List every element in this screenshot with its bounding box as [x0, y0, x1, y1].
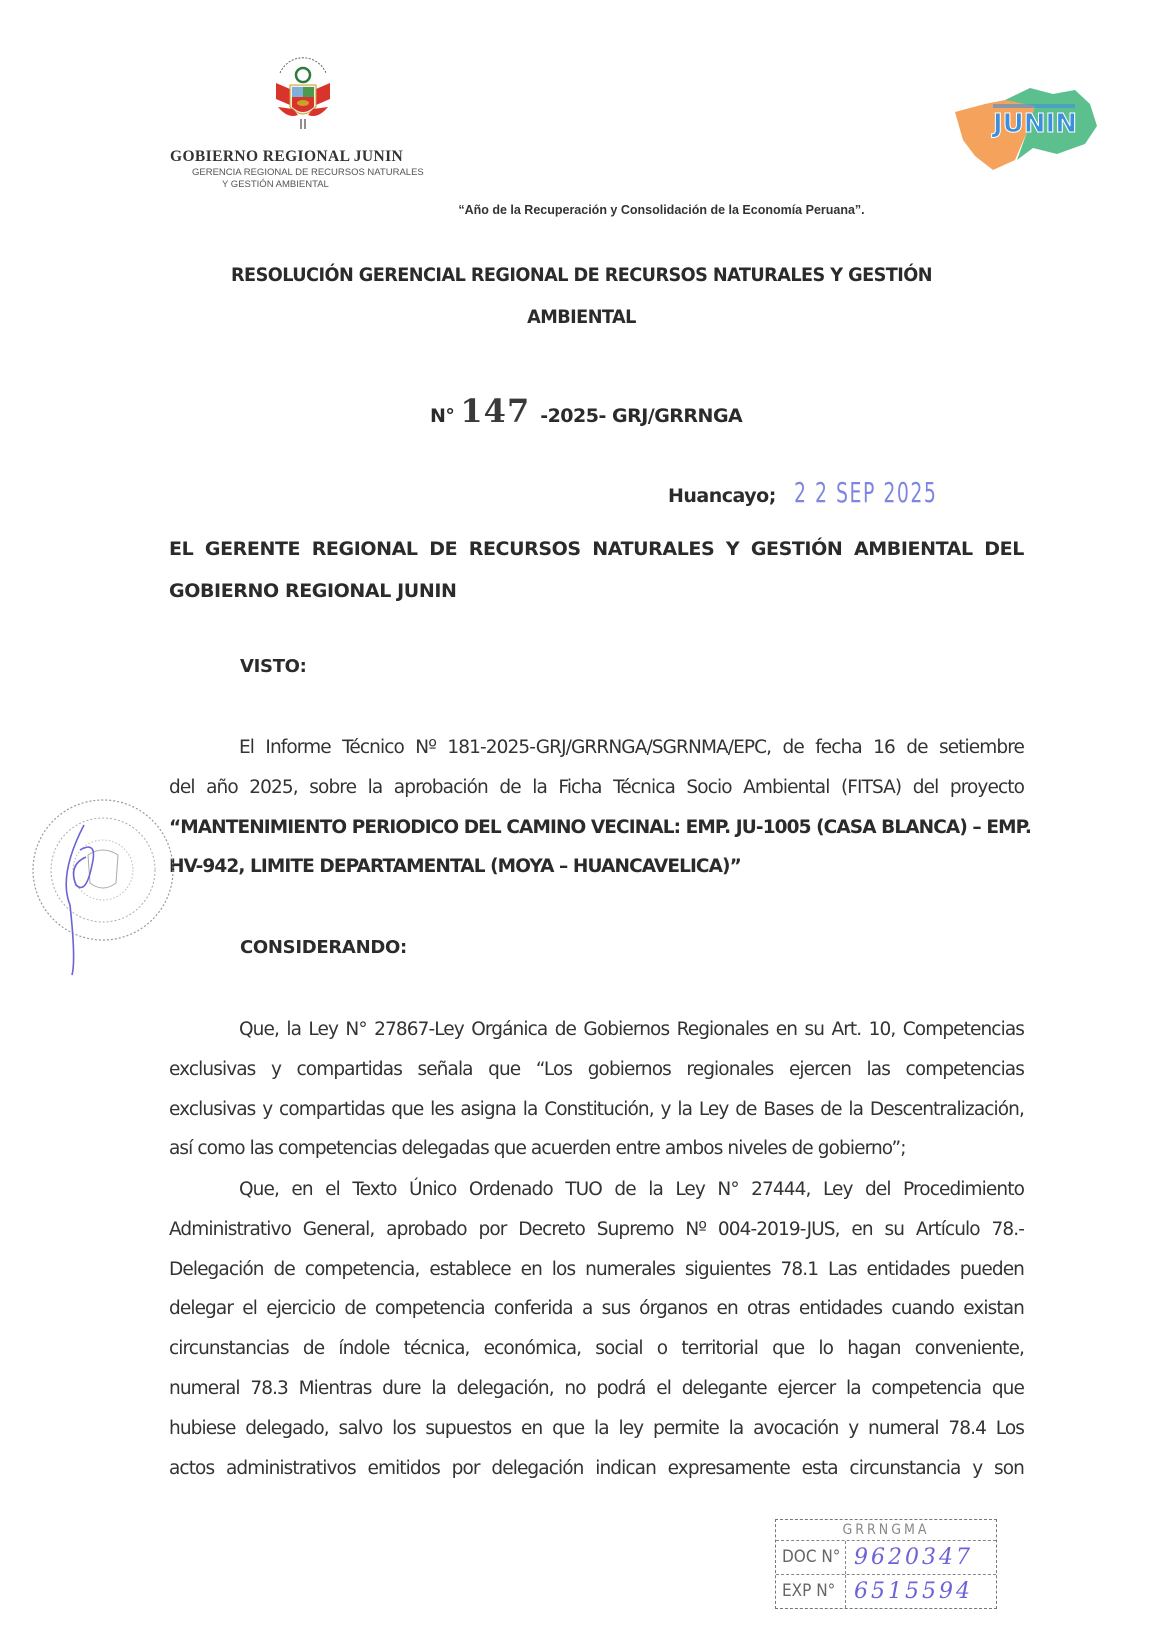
document-title-line1: RESOLUCIÓN GERENCIAL REGIONAL DE RECURSO… [41, 264, 1123, 286]
paragraph-line: numeral 78.3 Mientras dure la delegación… [169, 1369, 1024, 1409]
org-subtitle-line2: Y GESTIÓN AMBIENTAL [222, 179, 329, 190]
paragraph-line: exclusivas y compartidas señala que “Los… [169, 1050, 1024, 1090]
paragraph-line: Que, la Ley N° 27867-Ley Orgánica de Gob… [169, 1010, 1024, 1050]
resolution-number-stamped: 147 [460, 392, 530, 430]
junin-region-logo: JUNIN [945, 82, 1100, 174]
date-stamp: 2 2 SEP 2025 [794, 476, 937, 509]
org-subtitle-line1: GERENCIA REGIONAL DE RECURSOS NATURALES [192, 167, 424, 178]
issuer-heading: ELGERENTEREGIONALDERECURSOSNATURALESYGES… [169, 528, 1024, 612]
svg-text:JUNIN: JUNIN [991, 109, 1077, 139]
paragraph-line: hubiese delegado, salvo los supuestos en… [169, 1409, 1024, 1449]
paragraph-line: circunstancias de índole técnica, económ… [169, 1329, 1024, 1369]
issuer-word: RECURSOS [469, 528, 581, 570]
visto-line-project: HV-942, LIMITE DEPARTAMENTAL (MOYA – HUA… [169, 847, 1024, 887]
issuer-word: DEL [984, 528, 1024, 570]
considerando-paragraph-2: Que, en el Texto Único Ordenado TUO de l… [169, 1170, 1024, 1488]
year-motto: “Año de la Recuperación y Consolidación … [0, 203, 1163, 217]
paragraph-line: así como las competencias delegadas que … [169, 1129, 1024, 1169]
place: Huancayo; [668, 485, 776, 507]
registry-doc-row: DOC N° 9620347 [776, 1541, 996, 1575]
issuer-word: GESTIÓN [751, 528, 843, 570]
visto-paragraph: El Informe Técnico Nº 181-2025-GRJ/GRRNG… [169, 728, 1024, 887]
considerando-heading: CONSIDERANDO: [240, 937, 407, 958]
issuer-word: REGIONAL [312, 528, 418, 570]
paragraph-line: Que, en el Texto Único Ordenado TUO de l… [169, 1170, 1024, 1210]
peru-coat-of-arms-icon [268, 55, 338, 137]
considerando-paragraph-1: Que, la Ley N° 27867-Ley Orgánica de Gob… [169, 1010, 1024, 1169]
place-and-date: Huancayo; 2 2 SEP 2025 [668, 476, 985, 509]
resolution-number: N° 147 -2025- GRJ/GRRNGA [430, 392, 742, 430]
paragraph-line: delegar el ejercicio de competencia conf… [169, 1289, 1024, 1329]
issuer-word: GERENTE [205, 528, 300, 570]
paragraph-line: actos administrativos emitidos por deleg… [169, 1449, 1024, 1489]
registry-stamp: GRRNGMA DOC N° 9620347 EXP N° 6515594 [775, 1519, 997, 1609]
doc-number-label: DOC N° [776, 1541, 846, 1574]
paragraph-line: exclusivas y compartidas que les asigna … [169, 1090, 1024, 1130]
registry-stamp-header: GRRNGMA [776, 1520, 996, 1541]
visto-heading: VISTO: [240, 656, 307, 677]
exp-number-value: 6515594 [846, 1575, 996, 1608]
registry-exp-row: EXP N° 6515594 [776, 1575, 996, 1608]
org-name: GOBIERNO REGIONAL JUNIN [170, 148, 403, 166]
issuer-word: AMBIENTAL [854, 528, 973, 570]
visto-line-project: “MANTENIMIENTO PERIODICO DEL CAMINO VECI… [169, 808, 1024, 848]
visto-line: El Informe Técnico Nº 181-2025-GRJ/GRRNG… [169, 728, 1024, 768]
issuer-word: Y [726, 528, 739, 570]
paragraph-line: Administrativo General, aprobado por Dec… [169, 1210, 1024, 1250]
exp-number-label: EXP N° [776, 1575, 846, 1608]
issuer-word: EL [169, 528, 193, 570]
issuer-word: DE [429, 528, 457, 570]
doc-number-value: 9620347 [846, 1541, 996, 1574]
visto-line: del año 2025, sobre la aprobación de la … [169, 768, 1024, 808]
paragraph-line: Delegación de competencia, establece en … [169, 1250, 1024, 1290]
document-title-line2: AMBIENTAL [41, 306, 1123, 328]
issuer-line1: ELGERENTEREGIONALDERECURSOSNATURALESYGES… [169, 528, 1024, 570]
issuer-line2: GOBIERNO REGIONAL JUNIN [169, 570, 1024, 612]
issuer-word: NATURALES [592, 528, 714, 570]
official-round-seal-icon [28, 795, 178, 945]
resolution-number-prefix: N° [430, 405, 454, 427]
resolution-number-suffix: -2025- GRJ/GRRNGA [540, 405, 742, 427]
